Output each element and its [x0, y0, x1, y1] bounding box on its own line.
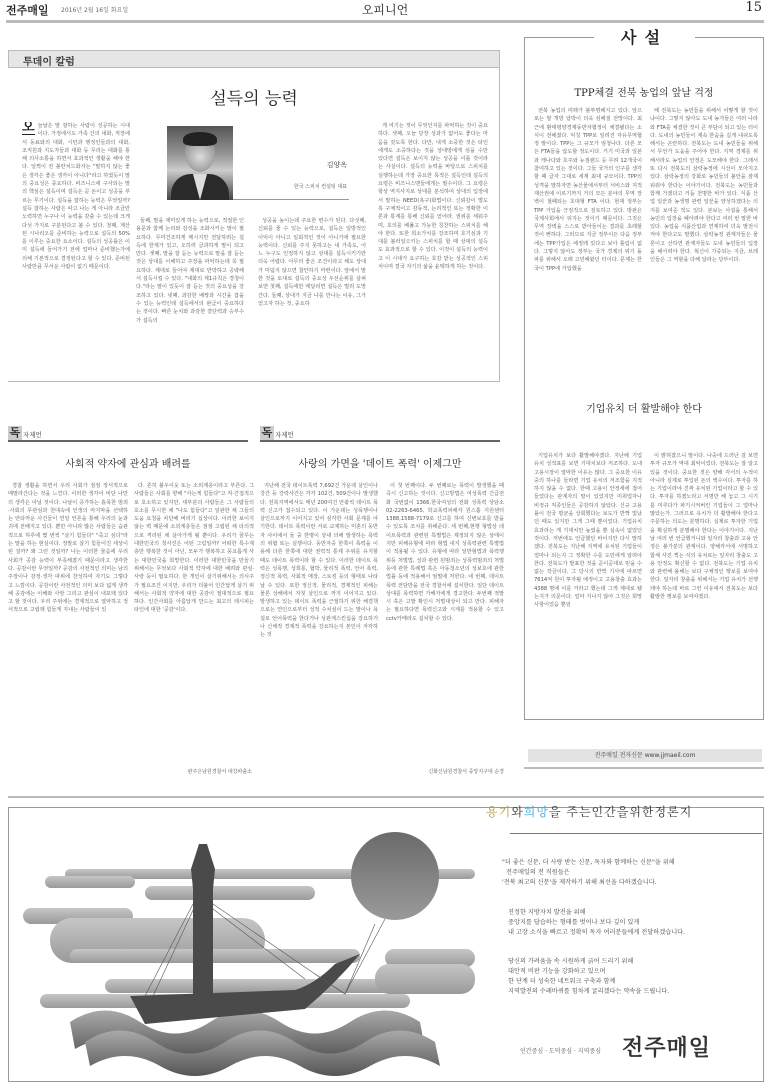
- ad-headline-rule: [510, 833, 762, 834]
- column-text-1-body: 늘날은 말 잘하는 사람이 성공하는 시대이다. 가정에서도 가족 간의 대화,…: [22, 123, 130, 270]
- ad-paragraph-1: "더 좋은 신문, 더 사랑 받는 신문, 독자와 함께하는 신문"을 위해 전…: [502, 858, 675, 888]
- reader2-signature: 신화신남원경찰서 중앙지구대 순경: [386, 768, 504, 775]
- reader2-text-1: 지난해 전국 데이트폭력 7,692건 가운데 살인이나 강간 등 강력사건은 …: [260, 482, 378, 782]
- ad-headline-hope: 희망: [524, 805, 549, 819]
- ad-line: 당신의 가려움을 속 시원하게 긁어 드리기 위해: [508, 957, 669, 967]
- ad-logo: 전주매일: [622, 1031, 711, 1062]
- editorial-title-1: TPP체결 전북 농업의 앞날 걱정: [524, 84, 764, 99]
- ad-line: 중앙지를 답습하는 형태를 벗어나 보다 깊이 있게: [508, 918, 685, 928]
- ship-illustration: [15, 814, 475, 1079]
- editorial-rule-left: [524, 37, 594, 38]
- ad-line: "더 좋은 신문, 더 사랑 받는 신문, 독자와 함께하는 신문"을 위해: [502, 858, 675, 868]
- section-divider: [8, 796, 764, 798]
- ad-paragraph-3: 당신의 가려움을 속 시원하게 긁어 드리기 위해 대안적 비판 기능을 강화하…: [508, 957, 669, 997]
- reader1-label-small: 자제언: [23, 430, 42, 439]
- section-title: 오피니언: [6, 1, 764, 18]
- reader2-title: 사랑의 가면을 '데이트 폭력' 이제그만: [260, 455, 500, 470]
- reader1-text-1: 경찰 생활을 하면서 우리 사회가 점점 정서적으로 메말라간다는 것을 느낀다…: [8, 482, 128, 782]
- reader2-label-small: 자제언: [275, 430, 294, 439]
- editorial-2-text-1: 기업유치가 보다 활발해야겠다. 지난해 기업 유치 성적표를 보면 기대치보다…: [534, 452, 642, 717]
- ad-headline-and: 와: [511, 805, 524, 819]
- ad-line: 대안적 비판 기능을 강화하고 있으며: [508, 967, 669, 977]
- editorial-label: 사설: [594, 25, 695, 48]
- editorial-footer-rule: [524, 767, 764, 769]
- ad-line: 한 단계 더 성숙한 네트워크 구축과 함께: [508, 977, 669, 987]
- reader2-header: 독 자제언: [260, 426, 500, 442]
- column-label: 투데이 칼럼: [23, 53, 75, 68]
- editorial-title-2: 기업유치 더 활발해야 한다: [524, 400, 764, 415]
- column-header: 투데이 칼럼: [8, 50, 500, 68]
- ad-headline-rest: 을 주는인간을위한정론지: [549, 805, 692, 819]
- ad-headline: 용기와희망을 주는인간을위한정론지: [486, 803, 692, 820]
- author-photo: [167, 126, 233, 200]
- ad-line: 진정한 지방자치 발전을 위해: [508, 908, 685, 918]
- masthead: 전주매일 2016년 2월 16일 화요일 오피니언 15: [6, 0, 764, 18]
- editorial-1-text-2: 때 전북도는 농민들을 위해서 어떻게 할 것이냐이다. 그렇지 않아도 도내 …: [650, 107, 758, 372]
- ad-paragraph-2: 진정한 지방자치 발전을 위해 중앙지를 답습하는 형태를 벗어나 보다 깊이 …: [508, 908, 685, 938]
- column-title: 설득의 능력: [8, 84, 500, 109]
- ad-line: 전주매일의 전 직원들은: [502, 868, 675, 878]
- ad-line: 지역발전의 수레바퀴를 힘차게 굴리겠다는 약속을 드립니다.: [508, 987, 669, 997]
- ad-slogan: 인간중심 · 도덕중심 · 지역중심: [520, 1046, 601, 1055]
- ad-line: 내 고장 소식을 빠르고 정확히 독자 여러분들에게 전달하겠습니다.: [508, 928, 685, 938]
- reader2-text-2: 이 첫 번째이다. 두 번째로는 폭력이 발생했을 때 즉시 신고하는 것이다.…: [386, 482, 504, 766]
- column-text-4: 게 여기는 것이 무엇인지를 파악하는 것이 중요하다. 셋째, 오늘 당장 성…: [378, 122, 488, 372]
- author-name: 김양옥: [233, 160, 347, 170]
- column-text-1: 오늘날은 말 잘하는 사람이 성공하는 시대이다. 가정에서도 가족 간의 대화…: [22, 122, 130, 372]
- reader2-label-big: 독: [260, 426, 274, 440]
- reader1-label-big: 독: [8, 426, 22, 440]
- author-rule: [233, 199, 349, 200]
- reader1-title: 사회적 약자에 관심과 배려를: [8, 455, 248, 470]
- editorial-2-text-2: 이 밝혀졌으니 말이다. 나중에 드러난 걸 보면 투자 규모가 역대 최악이었…: [650, 452, 758, 717]
- reader1-header: 독 자제언: [8, 426, 248, 442]
- author-title: 한국 스피치 컨설팅 대표: [233, 183, 347, 190]
- editorial-rule-right: [695, 37, 764, 38]
- page-number: 15: [745, 0, 762, 15]
- dropcap: 오: [22, 122, 35, 135]
- masthead-rule: [6, 20, 764, 23]
- reader1-text-2: 다. 흔히 불우이웃 또는 소외계층이라고 부른다. 그 사람들은 사회를 향해…: [134, 482, 254, 766]
- reader1-signature: 완주은남원경찰서 대강파출소: [134, 768, 252, 775]
- editorial-1-text-1: 전북 농업의 미래가 불투명해지고 있다. 앞으로는 쌀 개방 압박이 더욱 심…: [534, 107, 642, 372]
- ad-line: '전북 최고의 신문'을 제작하기 위해 최선을 다하겠습니다.: [502, 878, 675, 888]
- column-text-2: 둘째, 말을 재미있게 하는 능력으로, 적절한 인용문과 함께 논리와 감성을…: [136, 217, 244, 372]
- column-text-3: 성공을 높이는데 주요한 변수가 된다. 다섯째, 신뢰를 줄 수 있는 능력으…: [258, 217, 366, 372]
- editorial-footer: 전주매일 전자신문 www.jjmaeil.com: [528, 749, 762, 762]
- ad-headline-courage: 용기: [486, 805, 511, 819]
